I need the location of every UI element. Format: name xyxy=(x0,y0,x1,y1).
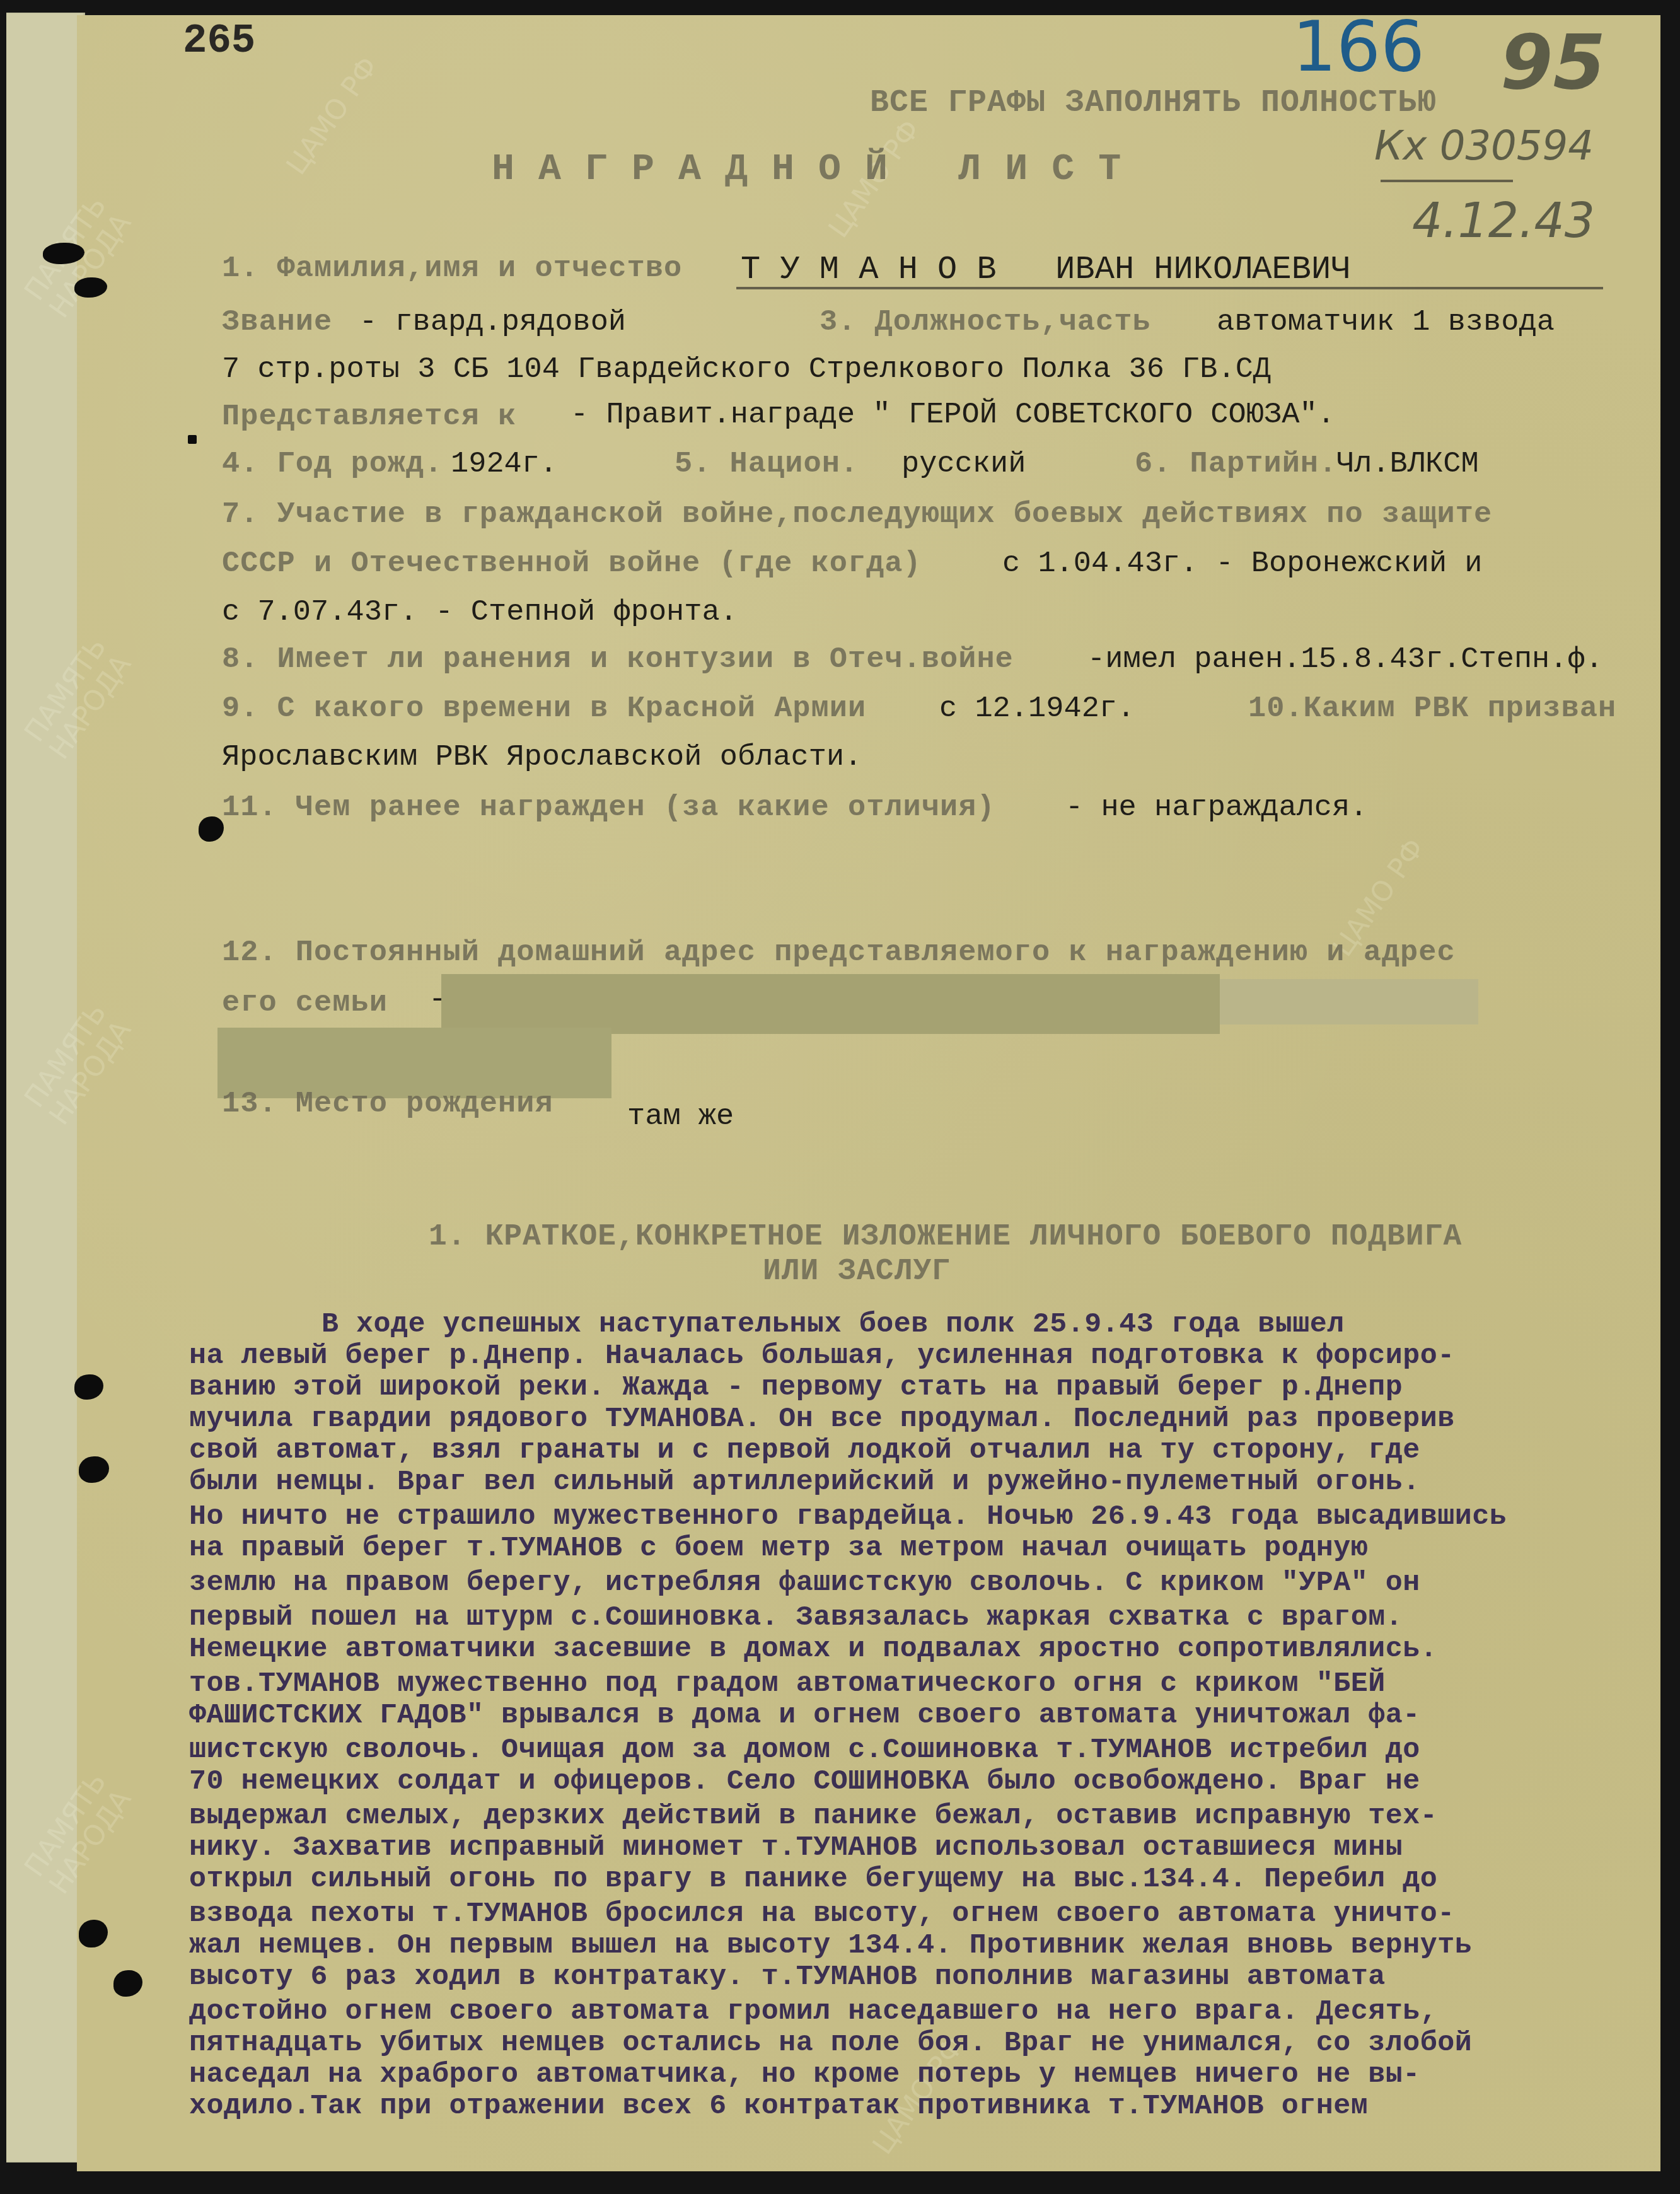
field-10-label: 10.Каким РВК призван xyxy=(1248,692,1616,726)
narrative-line: на правый берег т.ТУМАНОВ с боем метр за… xyxy=(189,1532,1368,1564)
field-2-value: - гвард.рядовой xyxy=(359,306,626,339)
field-9-label: 9. С какого времени в Красной Армии xyxy=(222,692,866,726)
registration-number-handwritten: Кх 030594 xyxy=(1374,123,1594,170)
field-6-value: Чл.ВЛКСМ xyxy=(1336,448,1479,481)
field-4-value: 1924г. xyxy=(451,448,557,481)
page-number: 265 xyxy=(183,19,255,64)
field-8-value: -имел ранен.15.8.43г.Степн.ф. xyxy=(1087,643,1603,676)
narrative-line: ФАШИСТСКИХ ГАДОВ" врывался в дома и огне… xyxy=(189,1699,1420,1731)
narrative-line: взвода пехоты т.ТУМАНОВ бросился на высо… xyxy=(189,1898,1455,1930)
registration-underline xyxy=(1381,180,1513,182)
narrative-line: ходило.Так при отражении всех 6 контрата… xyxy=(189,2090,1368,2122)
field-6-label: 6. Партийн. xyxy=(1135,448,1337,481)
narrative-line: высоту 6 раз ходил в контратаку. т.ТУМАН… xyxy=(189,1961,1386,1993)
date-handwritten: 4.12.43 xyxy=(1412,192,1595,248)
field-7-value: с 1.04.43г. - Воронежский и xyxy=(1002,547,1483,581)
redacted-address xyxy=(441,974,1220,1034)
narrative-line: 70 немецких солдат и офицеров. Село СОШИ… xyxy=(189,1765,1420,1797)
field-11-label: 11. Чем ранее награжден (за какие отличи… xyxy=(222,791,995,825)
field-12-label: 12. Постоянный домашний адрес представля… xyxy=(222,936,1456,970)
field-7-label-continued: СССР и Отечественной войне (где когда) xyxy=(222,547,922,581)
field-8-label: 8. Имеет ли ранения и контузии в Отеч.во… xyxy=(222,643,1014,676)
narrative-line: выдержал смелых, дерзких действий в пани… xyxy=(189,1800,1437,1832)
narrative-line: В ходе успешных наступательных боев полк… xyxy=(322,1308,1345,1340)
field-12-label-continued: его семьи xyxy=(222,987,388,1020)
field-4-label: 4. Год рожд. xyxy=(222,448,443,481)
field-5-label: 5. Национ. xyxy=(675,448,859,481)
narrative-line: были немцы. Враг вел сильный артиллерийс… xyxy=(189,1466,1420,1498)
document-title: Н А Г Р А Д Н О Й Л И С Т xyxy=(492,148,1121,191)
narrative-line: тов.ТУМАНОВ мужественно под градом автом… xyxy=(189,1668,1386,1700)
narrative-line: землю на правом берегу, истребляя фашист… xyxy=(189,1567,1420,1599)
field-11-value: - не награждался. xyxy=(1065,791,1367,825)
narrative-line: жал немцев. Он первым вышел на высоту 13… xyxy=(189,1929,1472,1961)
field-2-label: Звание xyxy=(222,306,332,339)
corner-mark-handwritten: 95 xyxy=(1500,19,1606,107)
field-3-value-continued: 7 стр.роты 3 СБ 104 Гвардейского Стрелко… xyxy=(222,353,1271,386)
narrative-line: свой автомат, взял гранаты и с первой ло… xyxy=(189,1434,1420,1466)
field-7-value-continued: с 7.07.43г. - Степной фронта. xyxy=(222,596,738,629)
narrative-line: открыл сильный огонь по врагу в панике б… xyxy=(189,1863,1437,1895)
field-3-value: автоматчик 1 взвода xyxy=(1217,306,1555,339)
archive-number-handwritten: 166 xyxy=(1292,6,1425,87)
narrative-line: мучила гвардии рядового ТУМАНОВА. Он все… xyxy=(189,1403,1455,1435)
instruction-header: ВСЕ ГРАФЫ ЗАПОЛНЯТЬ ПОЛНОСТЬЮ xyxy=(870,85,1437,121)
narrative-heading-continued: ИЛИ ЗАСЛУГ xyxy=(763,1255,951,1289)
nominated-for-label: Представляется к xyxy=(222,400,516,434)
field-7-label: 7. Участие в гражданской войне,последующ… xyxy=(222,498,1492,531)
narrative-line: ванию этой широкой реки. Жажда - первому… xyxy=(189,1371,1403,1403)
redacted-address xyxy=(1220,979,1478,1024)
field-13-label: 13. Место рождения xyxy=(222,1088,553,1121)
narrative-line: достойно огнем своего автомата громил на… xyxy=(189,1995,1437,2028)
narrative-heading: 1. КРАТКОЕ,КОНКРЕТНОЕ ИЗЛОЖЕНИЕ ЛИЧНОГО … xyxy=(429,1220,1462,1254)
narrative-line: на левый берег р.Днепр. Началась большая… xyxy=(189,1340,1455,1372)
field-1-underline xyxy=(736,287,1603,289)
field-3-label: 3. Должность,часть xyxy=(820,306,1151,339)
binder-hole xyxy=(188,435,197,444)
field-1-label: 1. Фамилия,имя и отчество xyxy=(222,252,682,286)
field-9-value: с 12.1942г. xyxy=(939,692,1135,726)
narrative-line: нику. Захватив исправный миномет т.ТУМАН… xyxy=(189,1831,1403,1864)
narrative-line: пятнадцать убитых немцев остались на пол… xyxy=(189,2027,1472,2059)
field-1-value: Т У М А Н О В ИВАН НИКОЛАЕВИЧ xyxy=(741,251,1350,288)
field-5-value: русский xyxy=(901,448,1026,481)
nominated-for-value: - Правит.награде " ГЕРОЙ СОВЕТСКОГО СОЮЗ… xyxy=(571,398,1335,432)
narrative-line: Немецкие автоматчики засевшие в домах и … xyxy=(189,1633,1437,1665)
narrative-line: наседал на храброго автоматчика, но кром… xyxy=(189,2058,1420,2091)
narrative-line: Но ничто не страшило мужественного гвард… xyxy=(189,1500,1507,1533)
field-10-value: Ярославским РВК Ярославской области. xyxy=(222,741,862,774)
narrative-line: шистскую сволочь. Очищая дом за домом с.… xyxy=(189,1734,1420,1766)
narrative-line: первый пошел на штурм с.Сошиновка. Завяз… xyxy=(189,1601,1403,1634)
field-13-value: там же xyxy=(627,1100,734,1134)
